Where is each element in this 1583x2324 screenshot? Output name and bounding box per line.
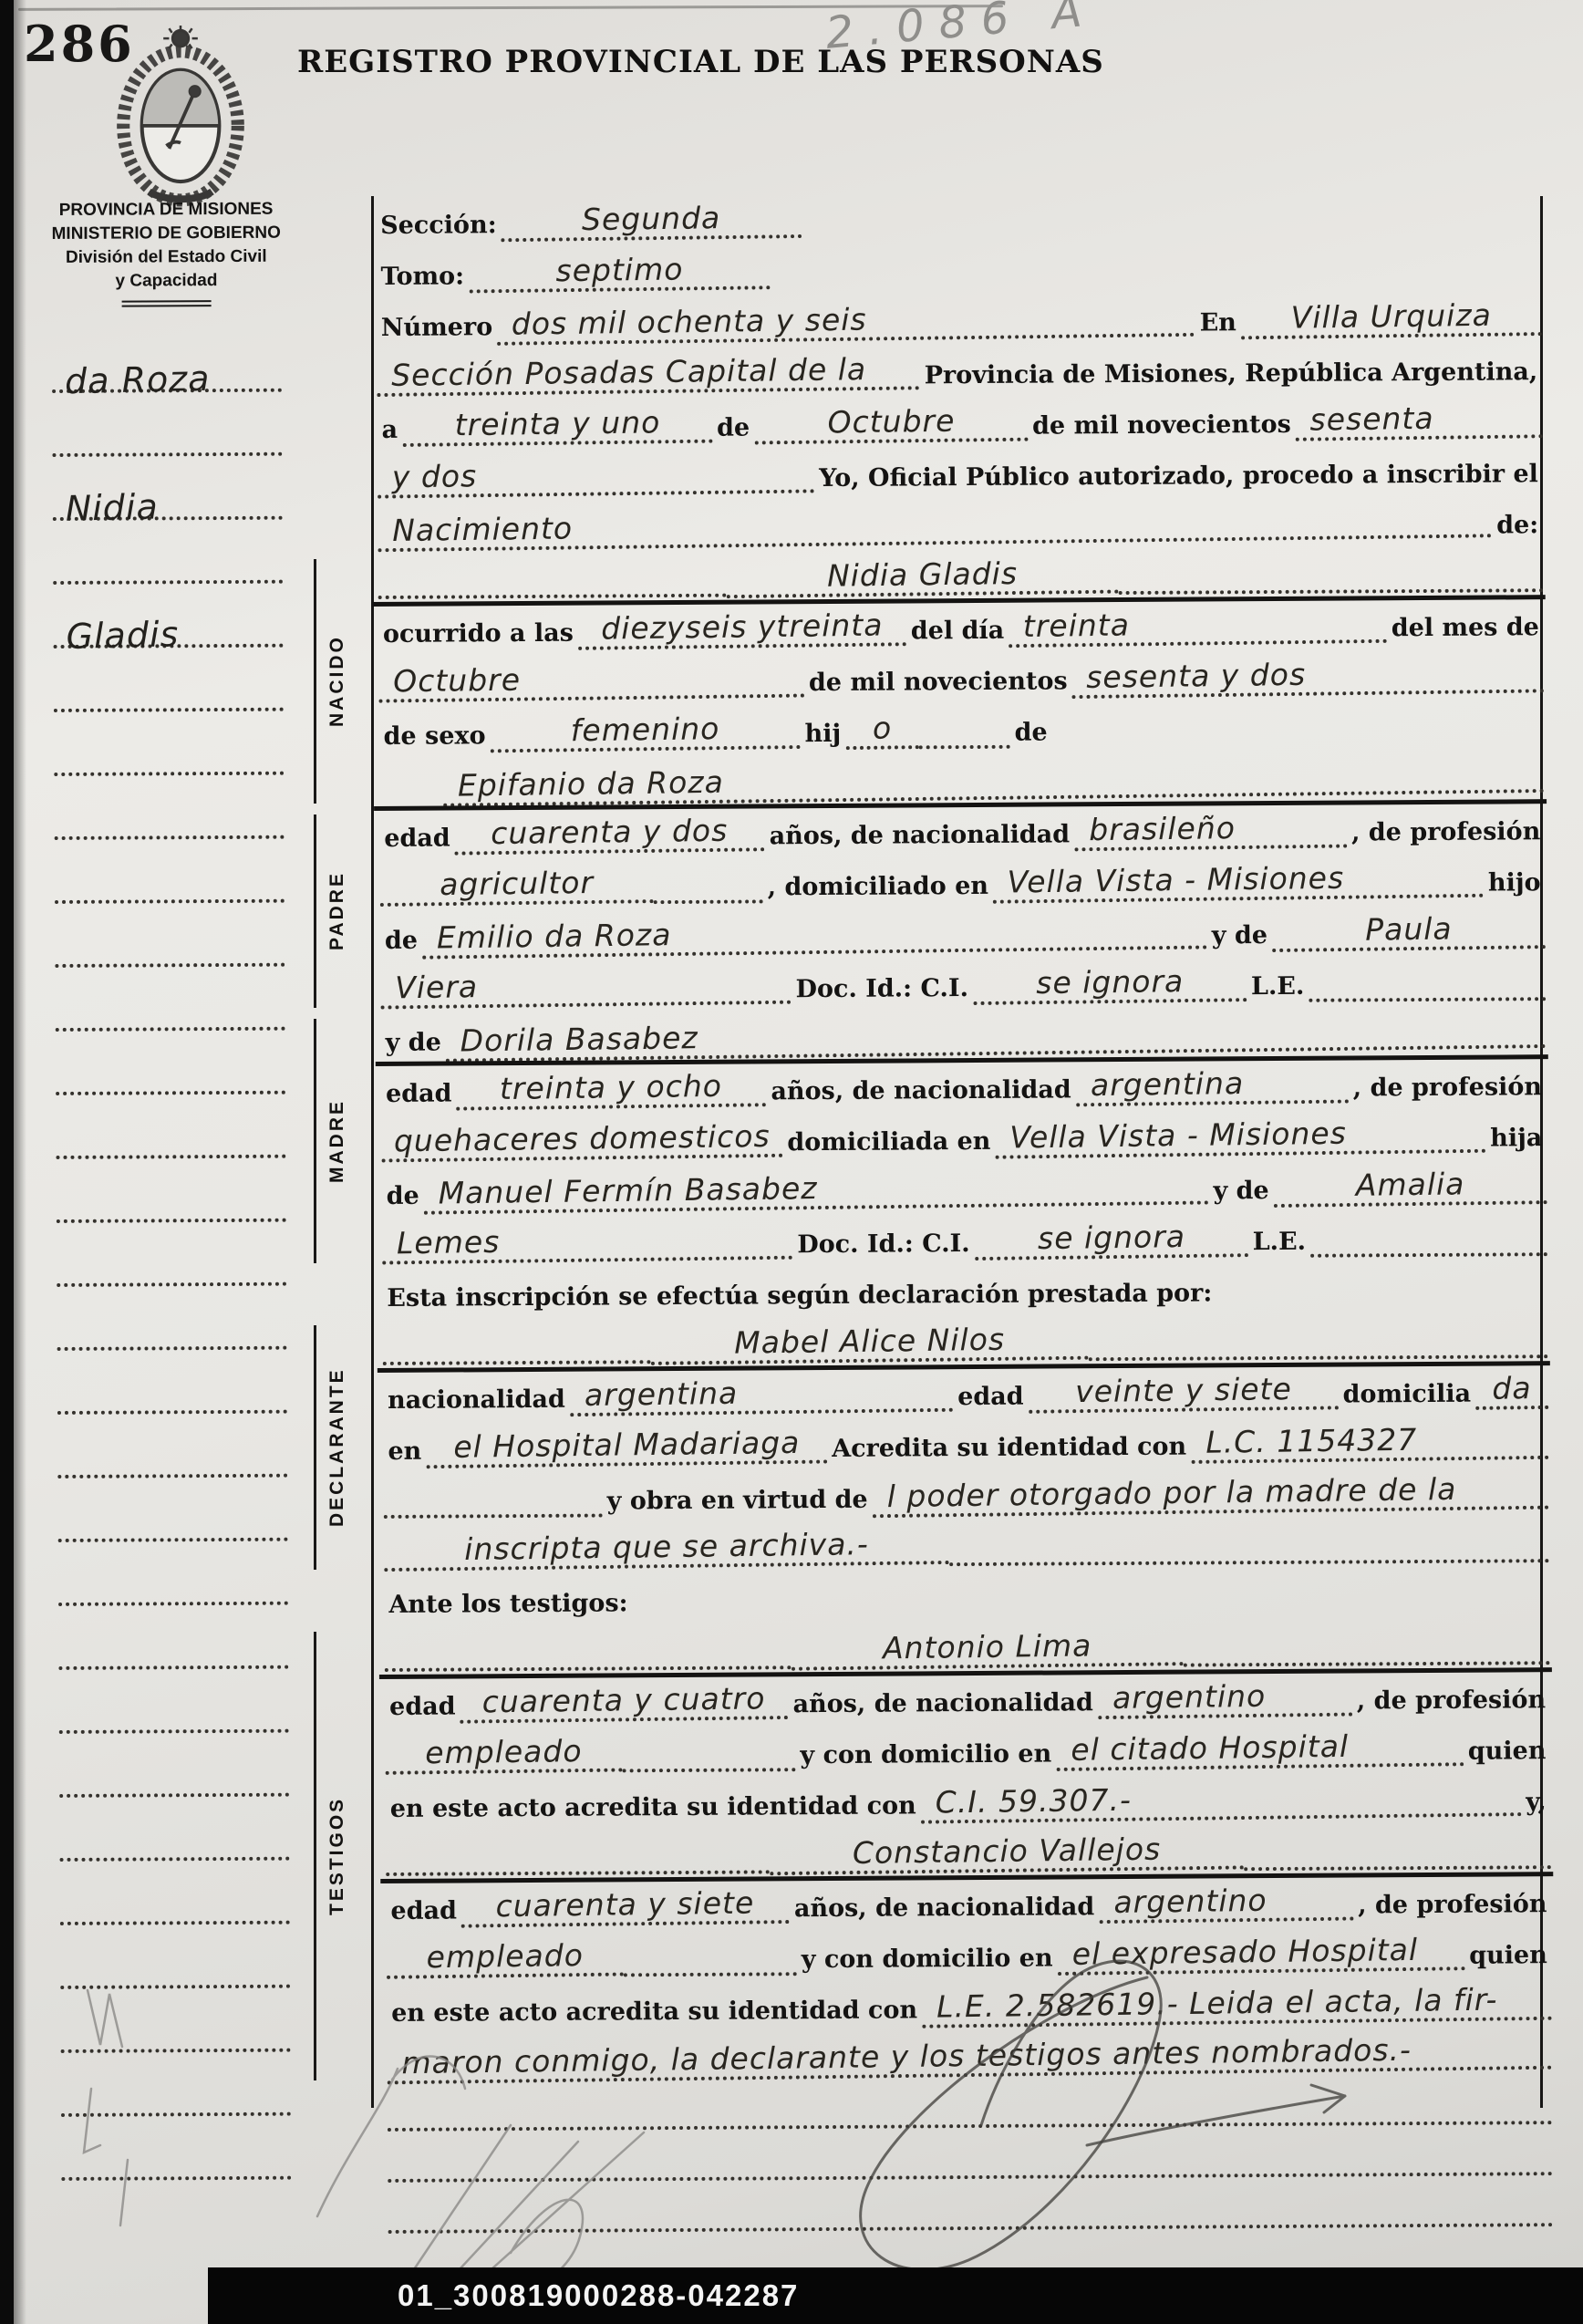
margin-dotted-line	[55, 967, 285, 1032]
printed-label: y de	[1212, 922, 1267, 949]
testigo2-domicilio: empleadoy con domicilio enel expresado H…	[387, 1925, 1552, 1984]
office-line: División del Estado Civil	[51, 245, 281, 270]
padre-profesion-domicilio: agricultor, domiciliado enVella Vista - …	[379, 853, 1545, 911]
margin-dotted-line	[56, 1095, 285, 1159]
handwritten-value: Mabel Alice Nilos	[650, 1323, 1088, 1365]
dotted-line	[623, 1768, 796, 1772]
handwritten-value: diezyseis ytreinta	[578, 610, 906, 650]
handwritten-value: el Hospital Madariaga	[426, 1427, 827, 1468]
section-label-testigos: TESTIGOS	[321, 1626, 354, 2086]
printed-label: En	[1200, 310, 1236, 337]
declarante-nombre: Mabel Alice Nilos	[383, 1312, 1548, 1371]
dotted-line	[1089, 1354, 1548, 1361]
form-body: Sección:SegundaTomo:septimoNúmerodos mil…	[376, 189, 1554, 2239]
handwritten-value: Dorila Basabez	[446, 1012, 1547, 1062]
coat-of-arms-stamp	[91, 26, 270, 212]
dotted-line	[1309, 997, 1546, 1002]
printed-label: de	[385, 928, 418, 955]
madre-abuela-doc: LemesDoc. Id.: C.I.se ignoraL.E.	[382, 1210, 1547, 1269]
handwritten-value: Antonio Lima	[791, 1629, 1184, 1670]
printed-label: de sexo	[384, 723, 486, 751]
printed-label: quien	[1468, 1738, 1547, 1766]
handwritten-value: dos mil ochenta y seis	[497, 300, 1195, 346]
section-bracket-line	[314, 814, 316, 1008]
printed-label: edad	[390, 1898, 457, 1925]
printed-label: nacionalidad	[388, 1386, 565, 1415]
handwritten-value: brasileño	[1074, 812, 1347, 852]
margin-dotted-line	[54, 711, 284, 776]
office-line: y Capacidad	[51, 269, 281, 294]
handwritten-value: Viera	[380, 968, 791, 1010]
printed-label: de mil novecientos	[809, 669, 1068, 697]
nacido-nombre: Nidia Gladis	[378, 546, 1543, 605]
margin-dotted-line	[59, 1797, 289, 1862]
margin-dotted-line	[57, 1286, 286, 1351]
field-seccion: Sección:Segunda	[376, 189, 1541, 247]
section-label-madre: MADRE	[321, 1013, 354, 1269]
declarante-poder: y obra en virtud del poder otorgado por …	[384, 1466, 1549, 1524]
margin-dotted-line	[56, 1031, 285, 1095]
section-bracket-line	[314, 1019, 316, 1263]
printed-label: , de profesión	[1357, 1687, 1546, 1716]
padre-nombre: Epifanio da Roza	[379, 751, 1545, 809]
handwritten-value: femenino	[490, 712, 800, 752]
printed-label: , de profesión	[1353, 1074, 1542, 1103]
field-fecha-acta: atreinta y unodeOctubrede mil noveciento…	[377, 393, 1542, 451]
linea-vacia	[388, 2181, 1553, 2239]
printed-label: de	[387, 1183, 419, 1210]
printed-label: y obra en virtud de	[607, 1487, 868, 1515]
printed-label: ocurrido a las	[383, 620, 574, 648]
printed-label: y,	[1526, 1790, 1547, 1817]
field-tomo: Tomo:septimo	[376, 240, 1541, 298]
madre-abuelos: deManuel Fermín Basabezy deAmalia	[381, 1159, 1547, 1218]
declarante-nacionalidad-edad: nacionalidadargentinaedadveinte y sieted…	[383, 1364, 1548, 1422]
dotted-line	[388, 2223, 1554, 2234]
handwritten-value: empleado	[385, 1736, 622, 1775]
printed-label: Esta inscripción se efectúa según declar…	[387, 1281, 1212, 1312]
dotted-line	[388, 2172, 1553, 2183]
field-seccion-registro: Sección Posadas Capital de laProvincia d…	[377, 342, 1542, 400]
printed-label: edad	[384, 825, 450, 853]
margin-dotted-line	[57, 1414, 287, 1478]
office-block: PROVINCIA DE MISIONES MINISTERIO DE GOBI…	[51, 198, 282, 307]
printed-label: en este acto acredita su identidad con	[390, 1793, 916, 1823]
cierre-acta: maron conmigo, la declarante y los testi…	[387, 2028, 1552, 2086]
printed-label: Ante los testigos:	[388, 1591, 627, 1619]
handwritten-value: L.C. 1154327	[1191, 1423, 1549, 1464]
margin-dotted-line	[53, 520, 283, 585]
field-numero-lugar: Númerodos mil ochenta y seisEnVilla Urqu…	[377, 291, 1542, 349]
printed-label: edad	[389, 1694, 456, 1721]
margin-dotted-line	[59, 1733, 289, 1798]
handwritten-value: Amalia	[1273, 1167, 1547, 1208]
margin-dotted-line	[55, 903, 285, 968]
testigo1-nombre: Antonio Lima	[385, 1619, 1550, 1677]
handwritten-value: Octubre	[754, 405, 1028, 445]
scan-edge	[0, 0, 14, 2324]
printed-label: Doc. Id.: C.I.	[797, 1230, 970, 1259]
dotted-line	[378, 594, 727, 599]
declarante-domicilio-doc: enel Hospital MadariagaAcredita su ident…	[383, 1415, 1548, 1473]
handwritten-value: l poder otorgado por la madre de la	[872, 1473, 1549, 1518]
dotted-line	[386, 1870, 770, 1876]
section-bracket-line	[314, 1632, 316, 2080]
handwritten-value: Epifanio da Roza	[443, 756, 1545, 806]
printed-label: hij	[804, 721, 841, 748]
field-tipo-acto: Nacimientode:	[378, 495, 1543, 554]
handwritten-value: empleado	[387, 1940, 624, 1979]
handwritten-value: se ignora	[974, 1220, 1247, 1261]
printed-label: y de	[386, 1030, 441, 1057]
margin-dotted-line	[52, 392, 282, 457]
handwritten-value: Vella Vista - Misiones	[993, 861, 1484, 904]
scan-footer-bar: 01_300819000288-042287	[208, 2267, 1583, 2324]
testigo2-doc: en este acto acredita su identidad conL.…	[387, 1976, 1552, 2035]
madre-edad-nacionalidad: edadtreinta y ochoaños, de nacionalidada…	[381, 1057, 1547, 1115]
handwritten-value: cuarenta y cuatro	[460, 1683, 788, 1723]
margin-dotted-line: Nidia	[52, 456, 282, 521]
handwritten-value: treinta	[1009, 607, 1387, 648]
handwritten-value: y dos	[378, 457, 815, 499]
printed-label: , de profesión	[1358, 1892, 1547, 1920]
section-label-declarante: DECLARANTE	[321, 1320, 354, 1575]
madre-nombre: y deDorila Basabez	[380, 1006, 1546, 1064]
texto-inscripcion: Esta inscripción se efectúa según declar…	[382, 1261, 1547, 1320]
section-label-nacido: NACIDO	[321, 554, 354, 809]
texto-testigos: Ante los testigos:	[384, 1568, 1549, 1626]
padre-abuela-doc: VieraDoc. Id.: C.I.se ignoraL.E.	[380, 955, 1546, 1013]
handwritten-value: argentina	[1076, 1067, 1349, 1107]
handwritten-value: Nidia Gladis	[726, 557, 1118, 598]
printed-label: Sección:	[380, 213, 497, 240]
printed-label: quien	[1469, 1943, 1547, 1970]
handwritten-value: sesenta	[1295, 402, 1542, 441]
handwritten-value: Nacimiento	[378, 502, 1492, 553]
testigo1-doc: en este acto acredita su identidad conC.…	[386, 1772, 1551, 1831]
margin-dotted-line	[57, 1222, 286, 1287]
printed-label: L.E.	[1251, 973, 1305, 1001]
handwritten-value: Manuel Fermín Basabez	[424, 1168, 1209, 1215]
printed-label: edad	[957, 1384, 1024, 1411]
printed-label: y con domicilio en	[800, 1741, 1051, 1769]
printed-label: años, de nacionalidad	[792, 1690, 1093, 1719]
handwritten-value: L.E. 2.582619.- Leida el acta, la fir-	[922, 1984, 1553, 2028]
handwritten-value: veinte y siete	[1028, 1374, 1338, 1414]
handwritten-value: cuarenta y siete	[461, 1887, 790, 1927]
printed-label: de	[717, 415, 750, 442]
handwritten-value: agricultor	[379, 866, 653, 907]
printed-label: años, de nacionalidad	[771, 1077, 1071, 1106]
printed-label: , de profesión	[1351, 819, 1540, 847]
section-label-padre: PADRE	[321, 809, 354, 1013]
declarante-poder-2: inscripta que se archiva.-	[384, 1517, 1549, 1575]
section-bracket-line	[314, 1325, 316, 1570]
office-line: MINISTERIO DE GOBIERNO	[51, 222, 281, 246]
dotted-line	[624, 1972, 797, 1976]
printed-label: domicilia	[1343, 1381, 1472, 1409]
printed-label: L.E.	[1253, 1229, 1307, 1256]
handwritten-value: Vella Vista - Misiones	[995, 1116, 1485, 1159]
printed-label: y de	[1213, 1178, 1268, 1205]
handwritten-value: Octubre	[378, 661, 804, 703]
margin-column: PROVINCIA DE MISIONES MINISTERIO DE GOBI…	[51, 198, 291, 2181]
margin-dotted-line	[60, 1925, 290, 1989]
dotted-line	[918, 745, 1009, 750]
printed-label: de mil novecientos	[1032, 411, 1291, 440]
printed-label: edad	[386, 1081, 452, 1108]
handwritten-value: Sección Posadas Capital de la	[377, 354, 920, 397]
dotted-line	[1310, 1252, 1547, 1258]
nacido-mes-ano: Octubrede mil novecientossesenta y dos	[378, 648, 1544, 707]
handwritten-value: argentina	[570, 1375, 954, 1416]
printed-label: hijo	[1488, 870, 1541, 897]
handwritten-value: Segunda	[501, 202, 802, 242]
linea-vacia	[388, 2079, 1553, 2137]
printed-label: de	[1014, 720, 1047, 747]
margin-dotted-line	[57, 1478, 287, 1542]
nacido-hora-dia: ocurrido a lasdiezyseis ytreintadel díat…	[378, 597, 1544, 656]
handwritten-value: da	[1475, 1373, 1549, 1410]
handwritten-value: Paula	[1272, 912, 1546, 952]
dotted-line	[384, 1514, 603, 1519]
margin-dotted-line	[54, 775, 284, 840]
double-rule	[122, 300, 212, 307]
margin-index-lines: da RozaNidiaGladis	[52, 328, 292, 2181]
handwritten-value: quehaceres domesticos	[381, 1121, 782, 1162]
margin-dotted-line	[61, 2116, 291, 2181]
printed-label: a	[381, 417, 398, 444]
printed-label: en	[388, 1438, 421, 1466]
dotted-line	[385, 1665, 791, 1672]
handwritten-value: el citado Hospital	[1056, 1730, 1464, 1771]
printed-label: , domiciliado en	[768, 873, 989, 901]
scan-edge-shadow	[14, 0, 26, 2324]
margin-dotted-line	[61, 2052, 291, 2117]
handwritten-value: o	[845, 712, 919, 750]
padre-abuelos: deEmilio da Rozay dePaula	[380, 904, 1546, 962]
handwritten-value: C.I. 59.307.-	[920, 1779, 1521, 1823]
form-left-rule	[371, 196, 374, 2108]
testigo1-edad: edadcuarenta y cuatroaños, de nacionalid…	[385, 1670, 1550, 1728]
handwritten-value: el expresado Hospital	[1057, 1935, 1464, 1976]
printed-label: Número	[381, 315, 492, 342]
madre-profesion-domicilio: quehaceres domesticosdomiciliada enVella…	[381, 1108, 1547, 1167]
printed-label: Acredita su identidad con	[832, 1434, 1186, 1463]
dotted-line	[949, 1559, 1549, 1566]
printed-label: de:	[1496, 513, 1538, 540]
margin-dotted-line	[58, 1605, 288, 1670]
handwritten-value: Villa Urquiza	[1241, 299, 1542, 339]
printed-label: años, de nacionalidad	[770, 822, 1071, 851]
printed-label: y con domicilio en	[802, 1945, 1053, 1974]
dotted-line	[388, 2121, 1553, 2132]
field-fecha-acta-2: y dosYo, Oficial Público autorizado, pro…	[378, 444, 1543, 503]
margin-dotted-line	[57, 1350, 287, 1415]
printed-label: del mes de	[1392, 615, 1539, 643]
printed-label: Yo, Oficial Público autorizado, procedo …	[819, 462, 1538, 493]
scan-reference-code: 01_300819000288-042287	[208, 2267, 1583, 2324]
margin-dotted-line	[60, 1988, 290, 2053]
margin-dotted-line	[55, 839, 285, 904]
printed-label: domiciliada en	[787, 1128, 990, 1157]
margin-dotted-line: da Roza	[52, 328, 282, 393]
handwritten-value: septimo	[469, 254, 770, 294]
dotted-line	[1118, 588, 1543, 595]
handwritten-value: Constancio Vallejos	[770, 1833, 1244, 1875]
handwritten-value: se ignora	[973, 965, 1247, 1005]
dotted-line	[1244, 1865, 1551, 1871]
nacido-sexo: de sexofemeninohijode	[378, 700, 1544, 758]
dotted-line	[1184, 1661, 1550, 1666]
margin-dotted-line	[58, 1669, 288, 1734]
handwritten-value: Lemes	[382, 1223, 793, 1265]
dotted-line	[654, 899, 763, 904]
document-title: REGISTRO PROVINCIAL DE LAS PERSONAS	[297, 44, 1104, 80]
printed-label: Provincia de Misiones, República Argenti…	[925, 359, 1538, 390]
margin-dotted-line	[58, 1541, 288, 1606]
handwritten-value: argentino	[1099, 1884, 1353, 1924]
testigo2-nombre: Constancio Vallejos	[386, 1823, 1551, 1882]
handwritten-value: inscripta que se archiva.-	[384, 1528, 949, 1572]
handwritten-value: Emilio da Roza	[422, 913, 1207, 960]
printed-label: en este acto acredita su identidad con	[391, 1997, 917, 2028]
testigo2-edad: edadcuarenta y sieteaños, de nacionalida…	[386, 1874, 1551, 1933]
margin-dotted-line	[57, 1158, 286, 1223]
office-line: PROVINCIA DE MISIONES	[51, 198, 281, 223]
handwritten-value: maron conmigo, la declarante y los testi…	[387, 2033, 1552, 2084]
dotted-line	[383, 1360, 651, 1365]
margin-dotted-line	[54, 648, 284, 712]
margin-dotted-line: Gladis	[53, 584, 283, 648]
handwritten-value: argentino	[1098, 1680, 1352, 1719]
handwritten-value: treinta y ocho	[456, 1071, 766, 1111]
handwritten-value: cuarenta y dos	[454, 815, 764, 856]
scanned-document: 286 REGISTRO PROVINCIAL DE LAS PERSONAS …	[0, 0, 1583, 2324]
linea-vacia	[388, 2130, 1553, 2188]
printed-label: Doc. Id.: C.I.	[795, 975, 968, 1003]
printed-label: del día	[911, 617, 1005, 645]
section-bracket-line	[314, 559, 316, 804]
handwritten-value: sesenta y dos	[1071, 657, 1544, 699]
handwritten-value: treinta y uno	[402, 407, 712, 447]
printed-label: Tomo:	[380, 264, 464, 291]
margin-dotted-line	[60, 1861, 290, 1925]
printed-label: hija	[1490, 1126, 1542, 1153]
testigo1-domicilio: empleadoy con domicilio enel citado Hosp…	[385, 1721, 1550, 1779]
padre-edad-nacionalidad: edadcuarenta y dosaños, de nacionalidadb…	[379, 802, 1545, 860]
printed-label: años, de nacionalidad	[794, 1894, 1095, 1924]
